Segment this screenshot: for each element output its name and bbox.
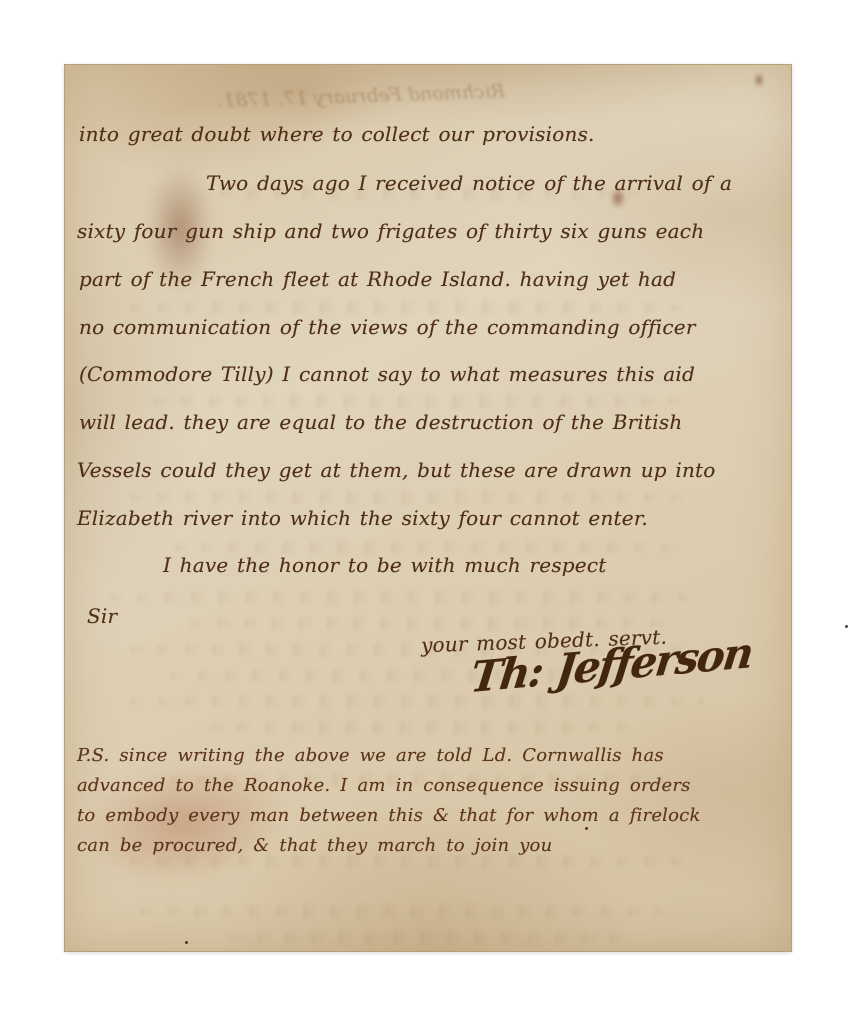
bleedthrough-line — [205, 721, 645, 734]
letter-line: Vessels could they get at them, but thes… — [77, 455, 716, 485]
letter-line: no communication of the views of the com… — [79, 312, 696, 342]
postscript-line: can be procured, & that they march to jo… — [77, 831, 552, 861]
bleedthrough-line — [105, 591, 705, 604]
letter-page: Richmond February 17. 1781. into great d… — [64, 64, 792, 952]
paper-speck — [185, 941, 188, 944]
letter-line: sixty four gun ship and two frigates of … — [77, 216, 704, 246]
bleedthrough-line — [225, 931, 625, 944]
letter-line: (Commodore Tilly) I cannot say to what m… — [79, 359, 695, 389]
paper-speck — [845, 625, 848, 628]
corner-mark — [751, 69, 767, 91]
letter-line: Two days ago I received notice of the ar… — [206, 168, 732, 198]
bleedthrough-date: Richmond February 17. 1781. — [225, 80, 506, 112]
postscript-line: P.S. since writing the above we are told… — [77, 741, 664, 771]
letter-line: into great doubt where to collect our pr… — [79, 119, 595, 149]
letter-line: will lead. they are equal to the destruc… — [79, 407, 682, 437]
letter-line: part of the French fleet at Rhode Island… — [79, 264, 676, 294]
letter-photo: Richmond February 17. 1781. into great d… — [0, 0, 854, 1024]
salutation: Sir — [87, 601, 117, 631]
closing-line: I have the honor to be with much respect — [163, 550, 606, 580]
bleedthrough-line — [125, 695, 705, 708]
bleedthrough-line — [135, 905, 675, 918]
postscript-line: advanced to the Roanoke. I am in consequ… — [77, 771, 691, 801]
postscript-line: to embody every man between this & that … — [77, 801, 701, 831]
letter-line: Elizabeth river into which the sixty fou… — [77, 503, 648, 533]
